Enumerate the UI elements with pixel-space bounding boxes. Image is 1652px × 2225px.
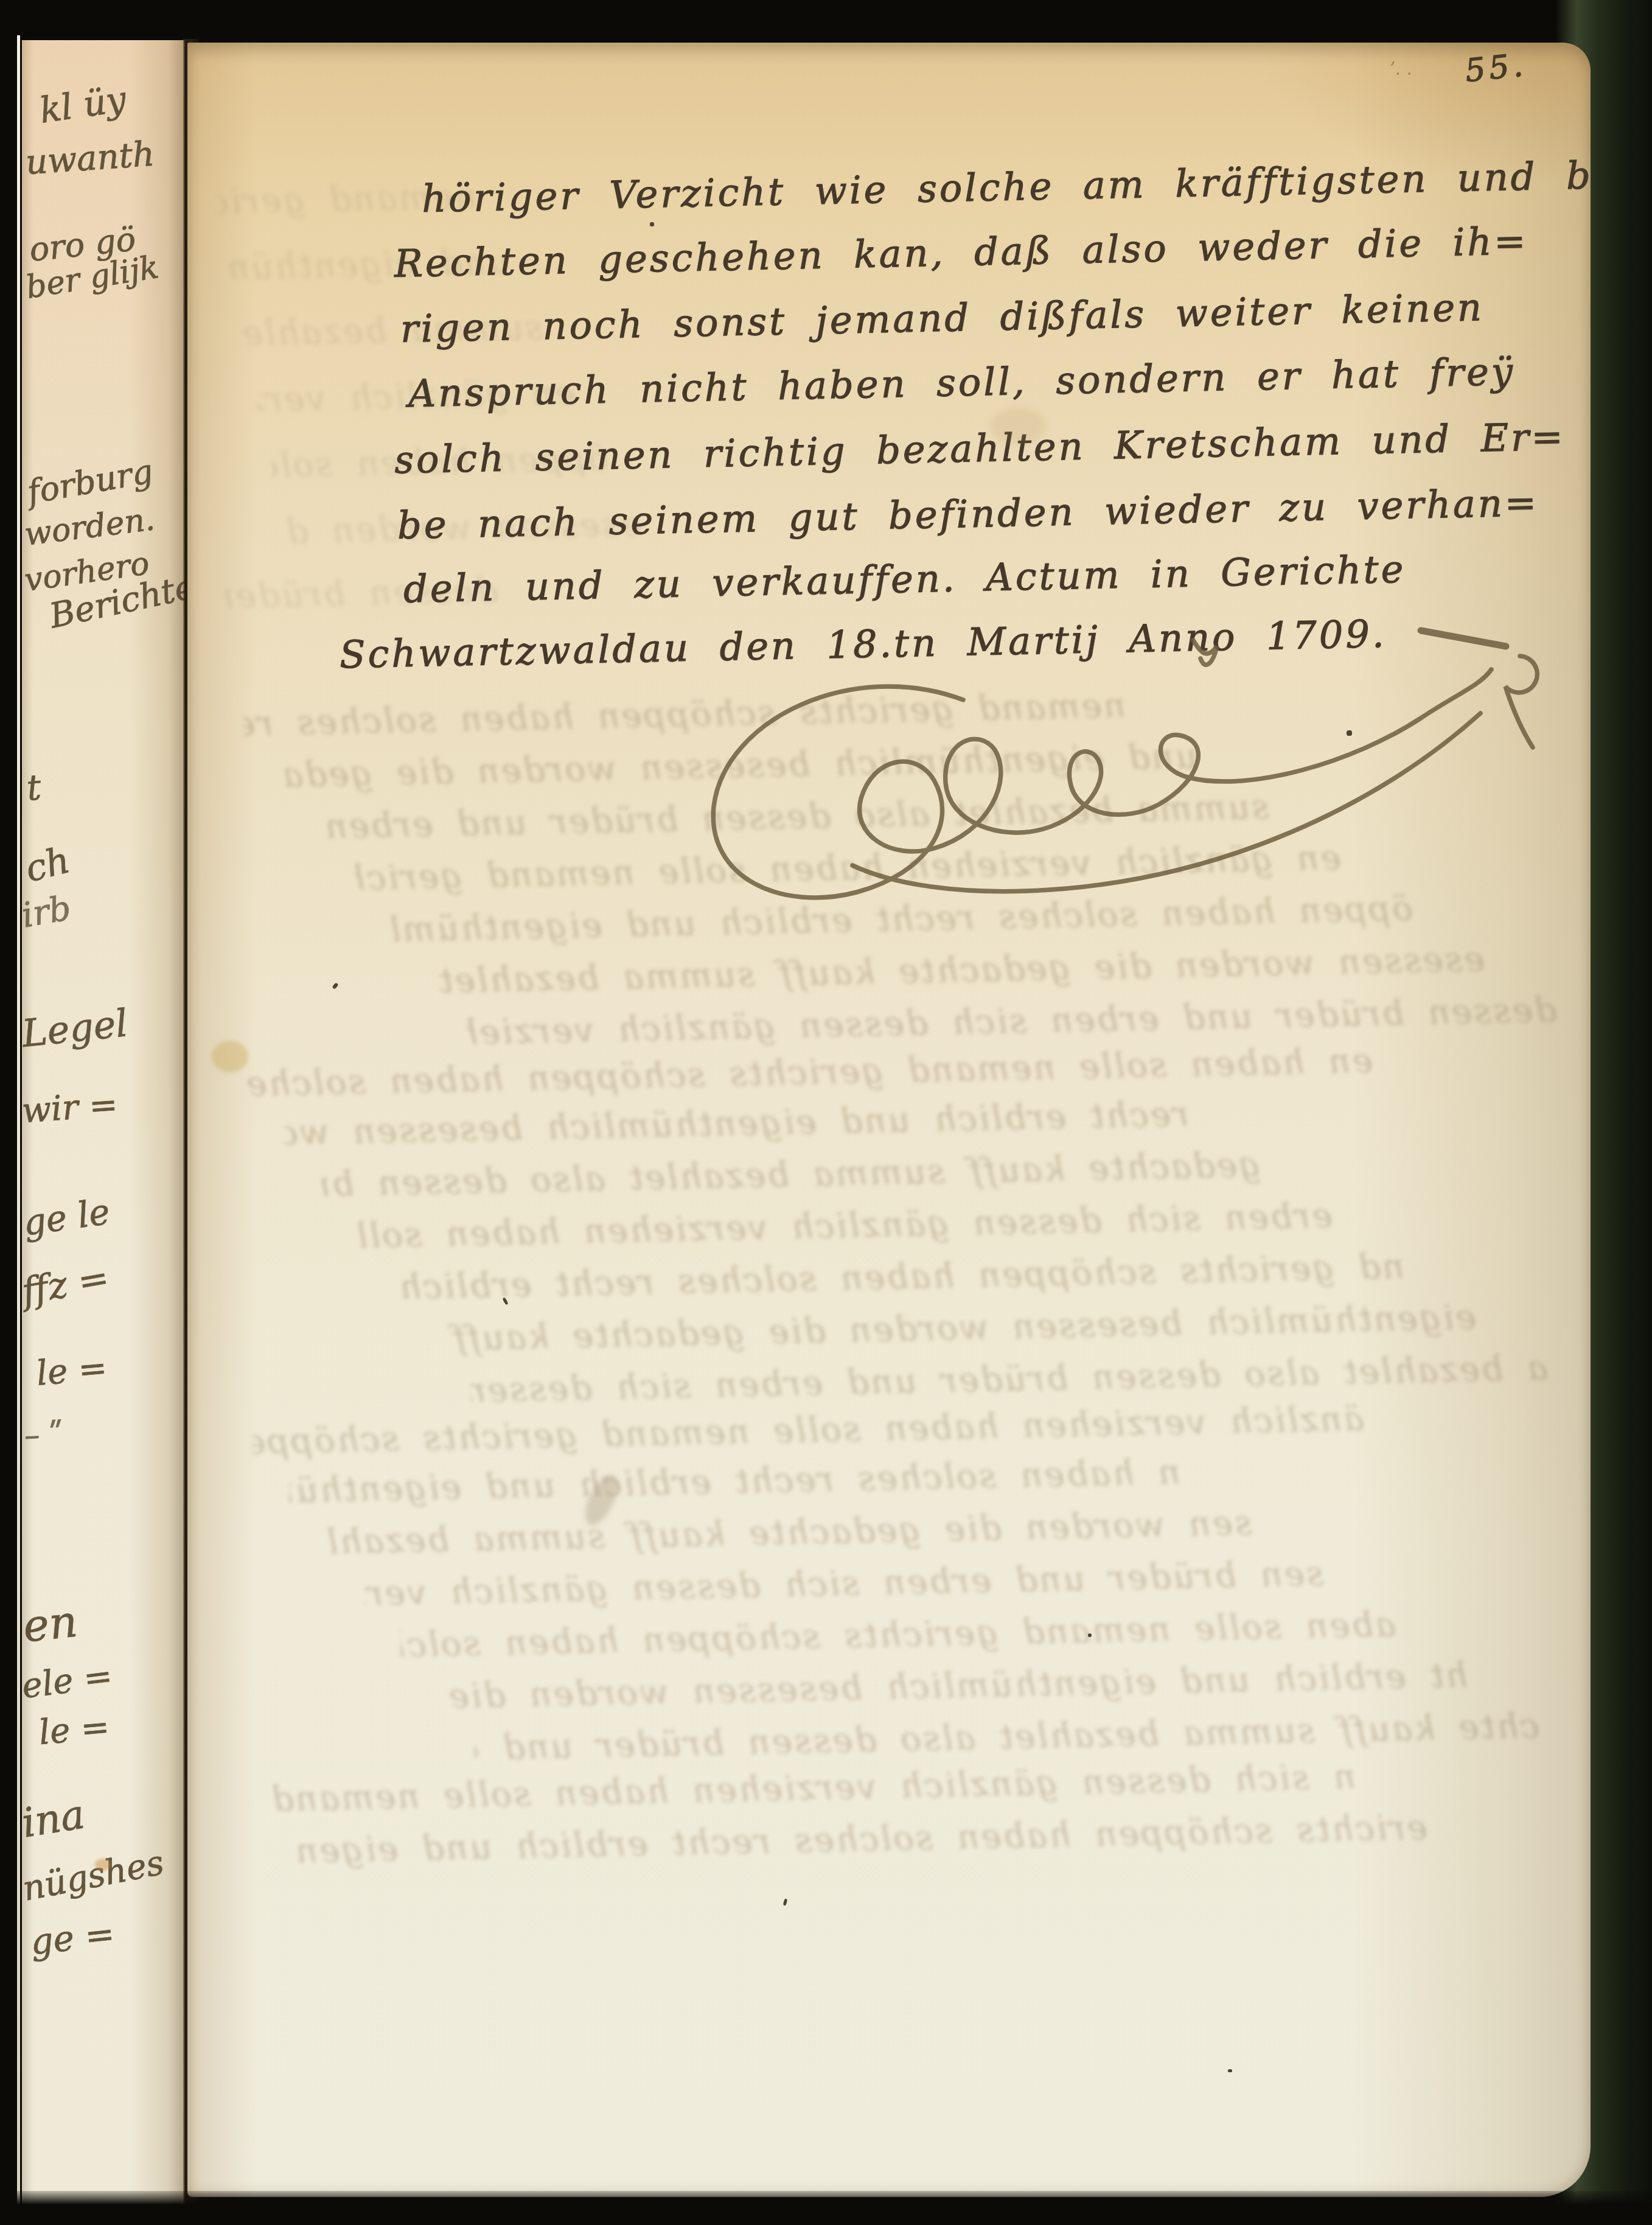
ghost-text-row: chte kauff summa bezahlet also dessen br… (475, 1706, 1540, 1769)
left-page-fragment: ffz = (22, 1256, 112, 1313)
left-page-fragment: le = (35, 1348, 108, 1394)
manuscript-page: ʼ. . 55. nemand gerichts schöppen haben … (187, 43, 1591, 2197)
paper-stain (991, 408, 1045, 444)
left-page-fragment: ele = (22, 1656, 114, 1706)
ghost-text-row: erichts schöppen haben solches recht erb… (293, 1808, 1428, 1871)
left-page-fragment: Legel (22, 1001, 130, 1056)
manuscript-scan: kl üy uwanth oro gö ber glijk forburg wo… (0, 0, 1652, 2225)
paper-stain (95, 1859, 111, 1871)
ghost-text-row: n sich dessen gänzlich verziehen haben s… (256, 1757, 1356, 1820)
ghost-text-row: dessen brüder und erben sich dessen gänz… (466, 990, 1557, 1053)
left-page-fragment: en (22, 1596, 80, 1652)
text-line: höriger Verzicht wie solche am kräfftigs… (421, 152, 1591, 221)
text-line: be nach seinem gut befinden wieder zu ve… (397, 480, 1539, 548)
ghost-text-row: erben sich dessen gänzlich verziehen hab… (358, 1196, 1333, 1256)
ghost-text-row: gedachte kauff summa bezahlet also desse… (321, 1145, 1261, 1204)
paper-stain (212, 1041, 248, 1072)
ghost-text-row: aben solle nemand gerichts schöppen habe… (400, 1605, 1396, 1665)
left-page-fragment: irb (22, 889, 74, 936)
left-page-fragment: uwanth (24, 134, 156, 183)
left-page-fragment: ch (22, 839, 74, 890)
text-line: rigen noch sonst jemand dißfals weiter k… (400, 285, 1484, 351)
ghost-text-row: sen brüder und erben sich dessen gänzlic… (363, 1554, 1324, 1613)
ghost-text-row: ht erblich und eigenthümlich besessen wo… (437, 1655, 1468, 1716)
ghost-text-row: änzlich verziehen haben solle nemand ger… (252, 1399, 1365, 1462)
ghost-text-row: n haben solches recht erblich und eigent… (288, 1453, 1180, 1511)
left-page-fragment: kl üy (37, 78, 128, 131)
ghost-text-row: nd gerichts schöppen haben solches recht… (396, 1247, 1405, 1308)
left-page-fragment: ina (22, 1790, 88, 1846)
left-page-fragment: t (25, 766, 43, 809)
left-page-fragment: nügshes (22, 1843, 167, 1909)
ghost-text-row: sen worden die gedachte kauff summa beza… (326, 1503, 1252, 1562)
left-page-fragment: wir = (22, 1085, 119, 1131)
signature-flourish (671, 621, 1560, 937)
left-page-fragment: – ʺ (24, 1416, 64, 1453)
left-page-fragment: ge le (22, 1190, 113, 1243)
ghost-text-row: eigenthümlich besessen worden die gedach… (433, 1298, 1477, 1359)
left-page-fragment: ge = (29, 1913, 117, 1963)
text-line: deln und zu verkauffen. Actum in Gericht… (403, 547, 1406, 611)
ghost-text-row: a bezahlet also dessen brüder und erben … (470, 1348, 1549, 1410)
text-line: Anspruch nicht haben soll, sondern er ha… (408, 349, 1515, 416)
ghost-text-row: en haben solle nemand gerichts schöppen … (248, 1041, 1373, 1105)
ghost-text-row: esessen worden die gedachte kauff summa … (429, 940, 1485, 1001)
left-facing-page: kl üy uwanth oro gö ber glijk forburg wo… (22, 40, 184, 2206)
text-line: solch seinen richtig bezahlten Kretscham… (394, 414, 1566, 483)
page-edge-sliver (17, 35, 20, 2215)
scan-bottom-edge (0, 2191, 1652, 2225)
left-page-fragment: le = (37, 1707, 111, 1753)
text-line: Rechten geschehen kan, daß also weder di… (394, 218, 1528, 285)
ghost-text-row: recht erblich und eigenthümlich besessen… (284, 1094, 1189, 1153)
page-number-faint-marks: ʼ. . (1389, 58, 1412, 80)
page-number: 55. (1463, 47, 1528, 89)
